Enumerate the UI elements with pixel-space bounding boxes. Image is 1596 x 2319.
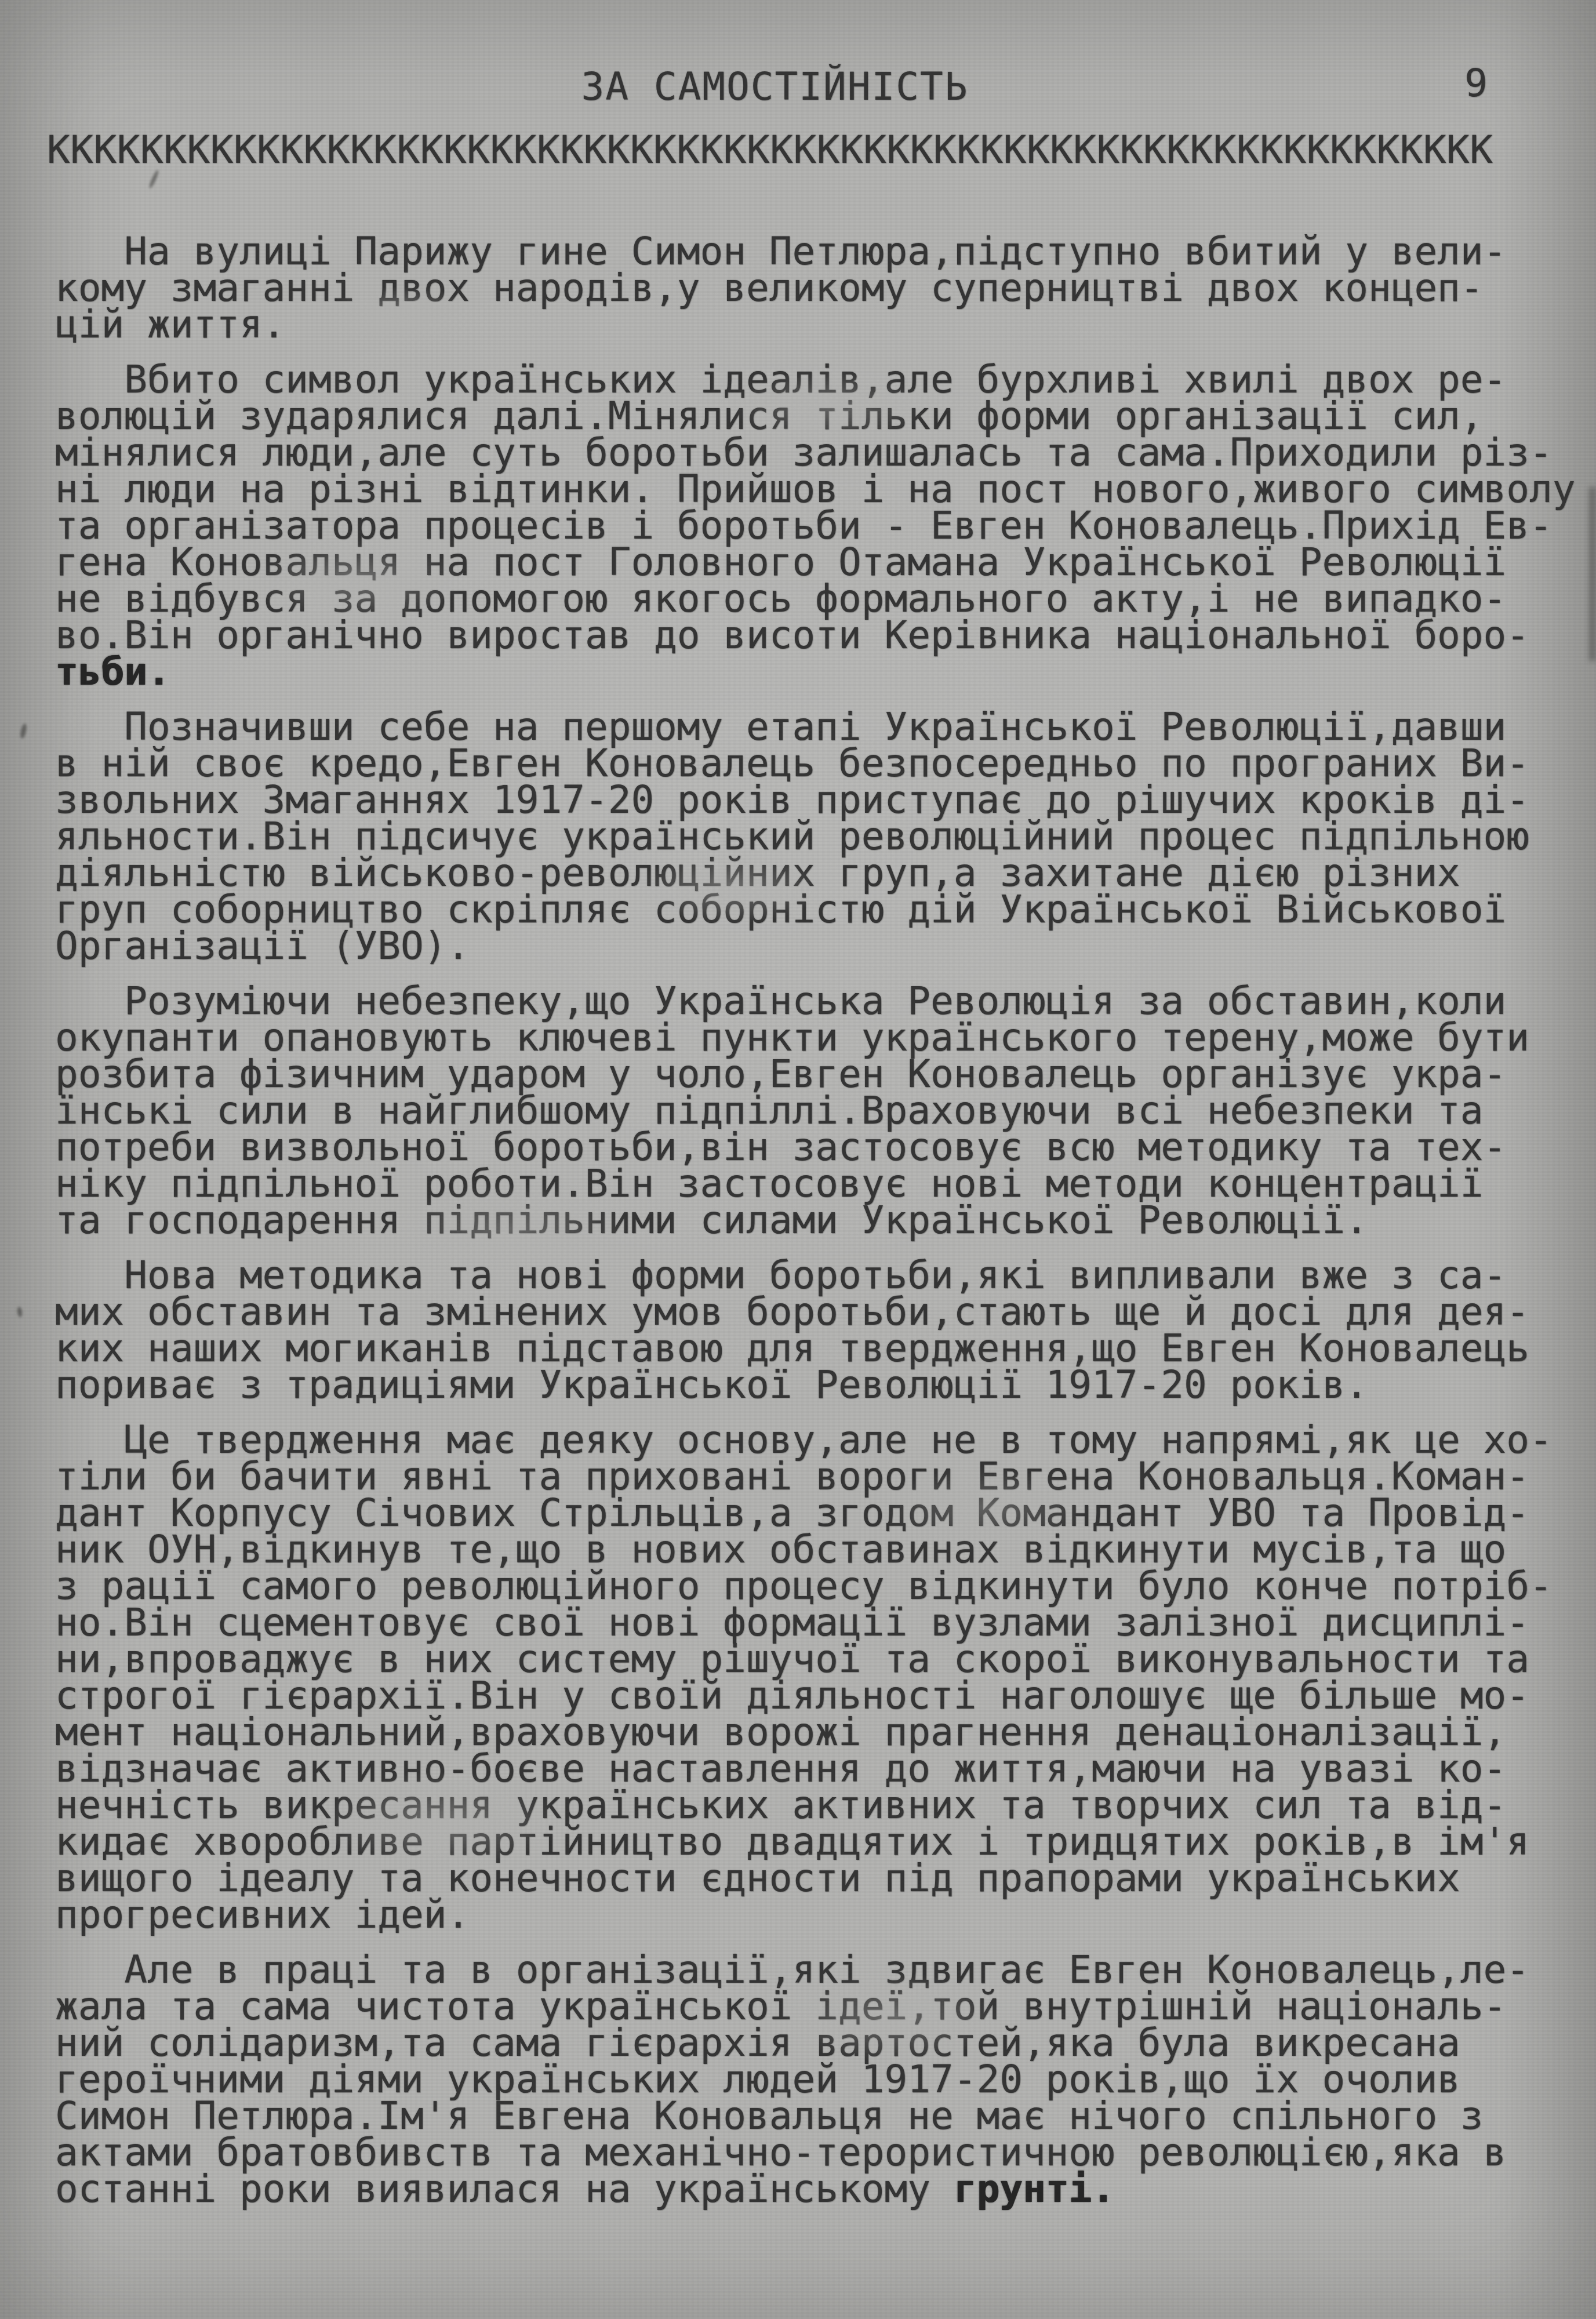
text-line: На вулиці Парижу гине Симон Петлюра,підс… [55, 233, 1564, 270]
text-line: останні роки виявилася на українському г… [55, 2171, 1564, 2207]
text-line: діяльністю військово-революційних груп,а… [55, 855, 1564, 891]
text-line: мінялися люди,але суть боротьби залишала… [55, 434, 1564, 471]
text-line: Але в праці та в організації,які здвигає… [55, 1951, 1564, 1988]
text-line: ни,впроваджує в них систему рішучої та с… [55, 1641, 1564, 1677]
text-line: во.Він органічно виростав до висоти Кері… [55, 617, 1564, 653]
text-line: їнські сили в найглибшому підпіллі.Врахо… [55, 1092, 1564, 1129]
text-line: окупанти опановують ключеві пункти украї… [55, 1019, 1564, 1056]
text-line: з рації самого революційного процесу від… [55, 1568, 1564, 1604]
text-line: Вбито символ українських ідеалів,але бур… [55, 361, 1564, 398]
document-content: ЗА САМОСТІЙНІСТЬ 9 ККККККККККККККККККККК… [0, 0, 1596, 2319]
text-line: ніку підпільної роботи.Він застосовує но… [55, 1165, 1564, 1202]
text-line: актами братовбивств та механічно-терорис… [55, 2134, 1564, 2171]
text-line: ні люди на різні відтинки. Прийшов і на … [55, 471, 1564, 507]
page-number: 9 [1464, 65, 1488, 101]
text-line: яльности.Він підсичує український револю… [55, 818, 1564, 855]
paragraph: Нова методика та нові форми боротьби,які… [55, 1257, 1564, 1403]
text-line: мент національний,враховуючи ворожі праг… [55, 1714, 1564, 1750]
text-line: Організації (УВО). [55, 928, 1564, 964]
text-line: не відбувся за допомогою якогось формаль… [55, 580, 1564, 617]
text-line: жала та сама чистота української ідеї,то… [55, 1988, 1564, 2024]
text-line: но.Він сцементовує свої нові формації ву… [55, 1604, 1564, 1641]
text-line: та господарення підпільними силами Украї… [55, 1202, 1564, 1238]
text-line: Симон Петлюра.Ім'я Евгена Коновальця не … [55, 2098, 1564, 2134]
text-line: нечність викресання українських активних… [55, 1787, 1564, 1823]
text-line: пориває з традиціями Української Революц… [55, 1366, 1564, 1403]
scan-edge-streak [1589, 487, 1596, 661]
page-title: ЗА САМОСТІЙНІСТЬ [20, 68, 1529, 105]
text-line: цій життя. [55, 306, 1564, 343]
text-line: волюцій зударялися далі.Мінялися тільки … [55, 398, 1564, 434]
text-line: строгої гієрархії.Він у своїй діяльності… [55, 1677, 1564, 1714]
text-line: прогресивних ідей. [55, 1896, 1564, 1933]
bold-text-segment: грунті. [954, 2167, 1115, 2211]
text-line: героїчними діями українських людей 1917-… [55, 2061, 1564, 2098]
text-line: дант Корпусу Січових Стрільців,а згодом … [55, 1495, 1564, 1531]
text-line: ких наших могиканів підставою для твердж… [55, 1330, 1564, 1366]
text-line: мих обставин та змінених умов боротьби,с… [55, 1293, 1564, 1330]
text-line: звольних Змаганнях 1917-20 років приступ… [55, 782, 1564, 818]
text-line: Розуміючи небезпеку,що Українська Револю… [55, 983, 1564, 1019]
text-line: Нова методика та нові форми боротьби,які… [55, 1257, 1564, 1293]
paragraph: Розуміючи небезпеку,що Українська Револю… [55, 983, 1564, 1238]
text-line: кому змаганні двох народів,у великому су… [55, 270, 1564, 306]
paragraph: Але в праці та в організації,які здвигає… [55, 1951, 1564, 2207]
separator-row: КККККККККККККККККККККККККККККККККККККККК… [47, 132, 1564, 168]
paragraph: Позначивши себе на першому етапі Українс… [55, 708, 1564, 964]
paragraph: На вулиці Парижу гине Симон Петлюра,підс… [55, 233, 1564, 343]
text-line: Позначивши себе на першому етапі Українс… [55, 708, 1564, 745]
text-line: Це твердження має деяку основу,але не в … [55, 1422, 1564, 1458]
paragraph: Вбито символ українських ідеалів,але бур… [55, 361, 1564, 690]
text-line: в ній своє кредо,Евген Коновалець безпос… [55, 745, 1564, 782]
text-line: ний солідаризм,та сама гієрархія вартост… [55, 2024, 1564, 2061]
text-line: вищого ідеалу та конечности єдности під … [55, 1860, 1564, 1896]
page-header: ЗА САМОСТІЙНІСТЬ 9 [55, 68, 1564, 105]
text-line: та організатора процесів і боротьби - Ев… [55, 507, 1564, 544]
document-body: На вулиці Парижу гине Симон Петлюра,підс… [55, 233, 1564, 2207]
text-line: тіли би бачити явні та приховані вороги … [55, 1458, 1564, 1495]
text-line: розбита фізичним ударом у чоло,Евген Кон… [55, 1056, 1564, 1092]
text-line: ник ОУН,відкинув те,що в нових обставина… [55, 1531, 1564, 1568]
text-line: гена Коновальця на пост Головного Отаман… [55, 544, 1564, 580]
text-line: тьби. [55, 653, 1564, 690]
text-line: груп соборництво скріпляє соборністю дій… [55, 891, 1564, 928]
paragraph: Це твердження має деяку основу,але не в … [55, 1422, 1564, 1933]
text-line: кидає хворобливе партійництво двадцятих … [55, 1823, 1564, 1860]
text-segment: останні роки виявилася на українському [55, 2167, 954, 2211]
bold-text-segment: тьби. [55, 649, 170, 694]
text-line: відзначає активно-боєве наставлення до ж… [55, 1750, 1564, 1787]
text-line: потреби визвольної боротьби,він застосов… [55, 1129, 1564, 1165]
scanned-document-page: ЗА САМОСТІЙНІСТЬ 9 ККККККККККККККККККККК… [0, 0, 1596, 2319]
